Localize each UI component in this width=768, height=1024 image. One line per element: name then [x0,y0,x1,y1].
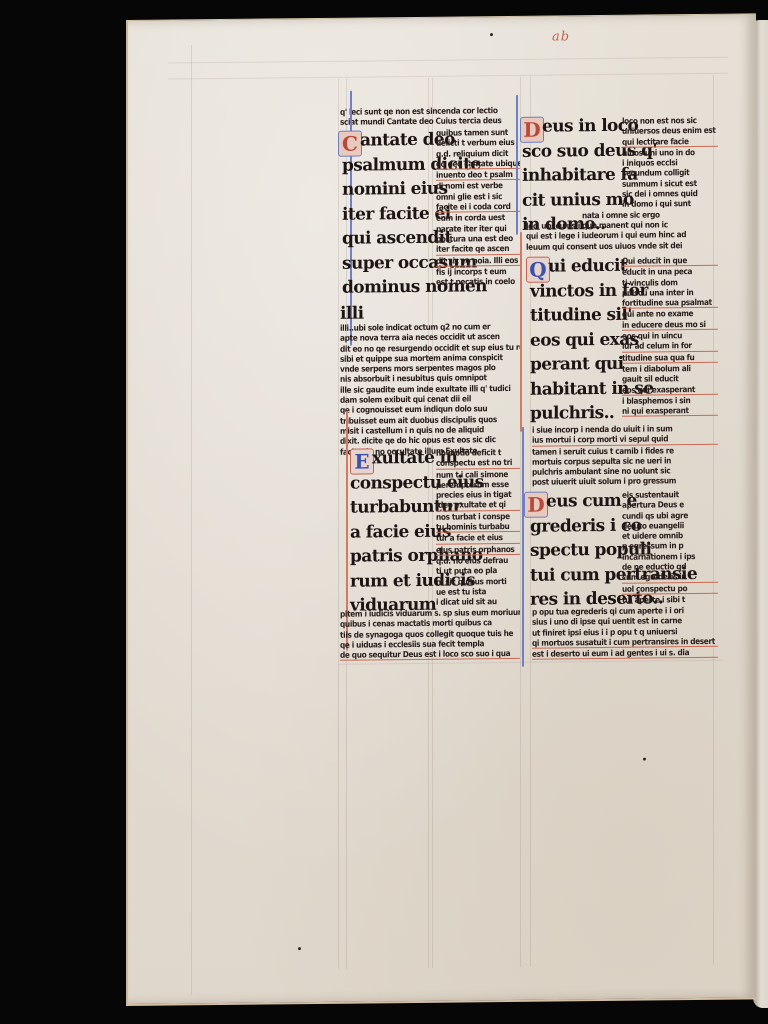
psalm-line: super occasum [342,250,448,276]
gloss-line: est i deserto ui eum i ad gentes i ui s.… [532,647,718,660]
gloss-block: no modo deficit t conspectu est no tri n… [436,447,520,607]
gloss-block: eis sustentauit apertura Deus e cundi qs… [622,489,718,605]
column-a: q' leci sunt qe non est sincenda cor lec… [340,105,518,127]
gloss-line: delicti t verbum eius [436,137,520,148]
psalm-line: iter facite ei [342,201,448,227]
psalm-line: spectu populi [530,538,626,564]
psalm-line: dominus nomen [342,275,448,301]
ruling-line [191,45,192,995]
ruling-line [168,73,728,80]
gloss-line: est t pecatis in coelo [436,276,520,287]
psalm-line: vinctos in for [530,278,628,304]
gloss-block: loci ubi cuius i quo manent qui non ic q… [526,219,716,252]
psalm-line: illi [340,303,520,323]
psalm-line: psalmum dicite [342,152,448,178]
psalm-line: sco suo deus q' [522,138,622,164]
ruling-line [168,57,728,64]
psalm-line: inhabitare fa [522,163,622,189]
psalm-line: perant qui [530,352,628,378]
gloss-line: conspectu est no tri [436,457,520,469]
manuscript-folio: ab q' leci sunt qe non est sincenda cor … [126,13,756,1006]
gloss-line: dit sic eo noia. Illi eos [436,254,520,266]
gloss-line: tur a facie et eius [436,532,520,544]
psalm-text-block-4: ui educit vinctos in for titudine sil' e… [548,254,628,426]
psalm-line: tui cum pertransie [530,562,626,588]
pinprick [490,33,493,36]
pinprick [643,758,646,761]
initial-flourish [520,232,522,432]
psalm-text-block-5: eus cum e grederis i co spectu populi tu… [546,489,626,612]
ruling-line [338,79,339,969]
gloss-block: loco non est nos sic uniuersos deus enim… [622,115,718,220]
psalm-line: pulchris.. [530,401,628,427]
psalm-text-block-1: antate deo psalmum dicite nomini eius it… [360,128,448,300]
gloss-line: uniuersos deus enim est [622,125,718,136]
gloss-line: tui aperte i sibi t [622,594,718,605]
psalm-line: grederis i co [530,513,626,539]
gloss-block: p opu tua egrederis qi cum aperte i i or… [532,605,718,660]
psalm-line: eus cum e [546,489,626,514]
psalm-line: xultate in [372,446,442,471]
psalm-line: qui ascendit [342,226,448,252]
gloss-line: i dicat uid sit au [436,596,520,607]
gloss-line: eius patris orphanos [436,544,520,556]
gloss-line: eo deo cantate ubique [436,158,520,170]
gloss-line: post uiuerit uiuit solum i pro gressum [532,475,718,487]
psalm-line: titudine sil' [530,303,628,329]
psalm-line: eus in loco [542,114,622,139]
initial-flourish [522,427,524,667]
psalm-line: habitant in se [530,376,628,402]
folio-number: ab [552,29,570,44]
psalm-line: conspectu eius [350,470,442,495]
gloss-block: i siue incorp i nenda do uiuit i in sum … [532,423,718,488]
gloss-block: pitem i iudicis viduarum s. sp sius eum … [340,607,520,661]
psalm-line: eos qui exas [530,327,628,353]
gloss-line: precies eius in tigat [436,489,520,500]
gloss-line: facite ei i coda cord [436,201,520,213]
gloss-line: num t i cali simone [436,468,520,479]
initial-flourish [516,95,518,235]
ruling-line [520,77,521,967]
gloss-line: q.d. reliquium dicit [436,147,520,158]
gloss-line: ni qui exasperant [622,405,718,417]
psalm-line: ui educit [548,254,628,279]
manuscript-viewer: ab q' leci sunt qe non est sincenda cor … [0,0,768,1024]
gloss-line: de quo sequitur Deus est i loco sco suo … [340,648,520,661]
gloss-block: illi..ubi sole indicat octum q2 no cum e… [340,321,520,457]
psalm-text-block-2: xultate in conspectu eius turbabuntur a … [372,446,442,618]
psalm-line: a facie eius [350,519,442,544]
psalm-line: patris orphano [350,544,442,569]
gloss-line: dixit. dicite qe do hic opus est eos sic… [340,434,520,446]
gloss-line: tu hominis turbabu [436,521,520,533]
psalm-line: nomini eius [342,177,448,203]
gloss-line: ideo exultate et qi [436,499,520,511]
gloss-block: quibus tamen sunt delicti t verbum eius … [436,127,520,287]
gloss-line: sciat mundi Cantate deo Cuius tercia deu… [340,115,518,127]
gloss-line: q.d. no eius defrau [436,555,520,566]
gloss-line: iter facite qe ascen [436,243,520,255]
pinprick [298,947,301,950]
gloss-line: leuum qui consent uos uiuos vnde sit dei [526,239,716,251]
psalm-line: turbabuntur [350,495,442,520]
psalm-line: antate deo [360,128,448,153]
gloss-line: inuento deo t psalm [436,169,520,181]
psalm-line: rum et iudicis [350,568,442,593]
gloss-block: Qui educit in que educit in una peca ti … [622,255,718,417]
gloss-block: illi [340,303,520,323]
